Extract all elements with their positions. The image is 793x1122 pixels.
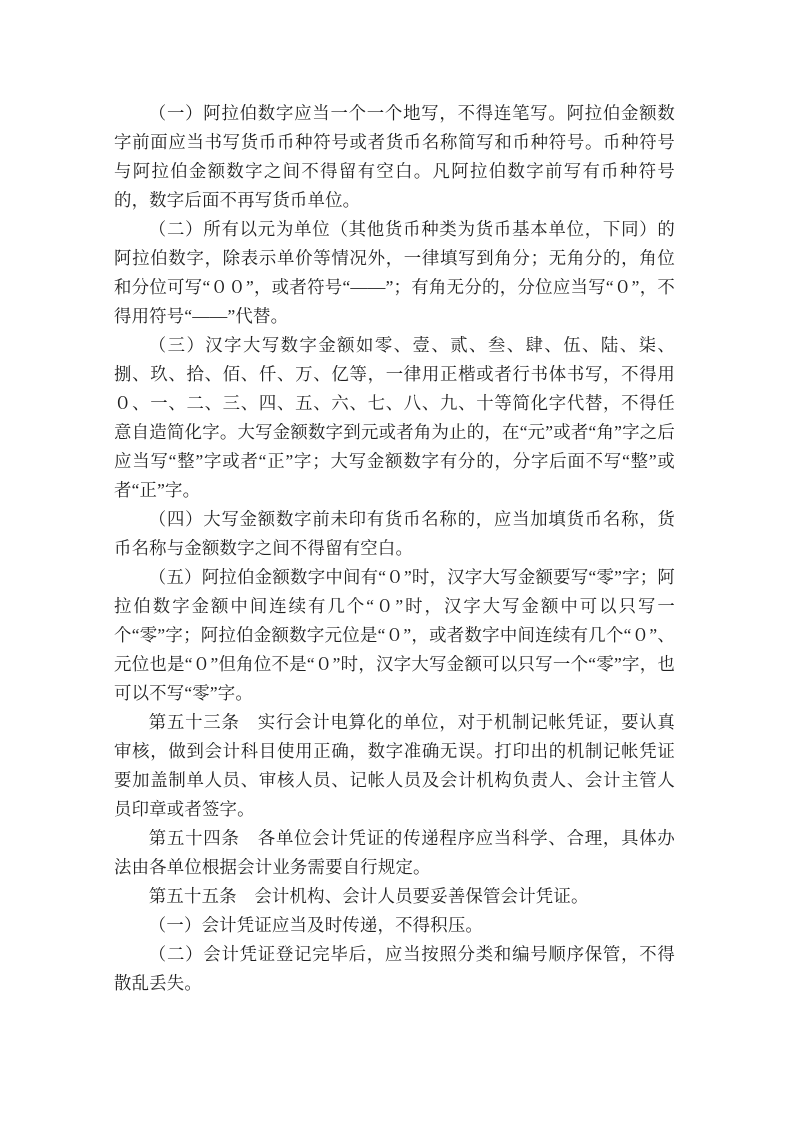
paragraph-clause-5: （五）阿拉伯金额数字中间有“０”时，汉字大写金额要写“零”字；阿拉伯数字金额中间… [114, 563, 675, 708]
document-page: （一）阿拉伯数字应当一个一个地写，不得连笔写。阿拉伯金额数字前面应当书写货币币种… [0, 0, 793, 1122]
paragraph-clause-3: （三）汉字大写数字金额如零、壹、贰、叁、肆、伍、陆、柒、捌、玖、拾、佰、仟、万、… [114, 331, 675, 505]
paragraph-article-54: 第五十四条 各单位会计凭证的传递程序应当科学、合理，具体办法由各单位根据会计业务… [114, 824, 675, 882]
document-body: （一）阿拉伯数字应当一个一个地写，不得连笔写。阿拉伯金额数字前面应当书写货币币种… [114, 99, 675, 998]
paragraph-clause-4: （四）大写金额数字前未印有货币名称的，应当加填货币名称，货币名称与金额数字之间不… [114, 505, 675, 563]
paragraph-article-53: 第五十三条 实行会计电算化的单位，对于机制记帐凭证，要认真审核，做到会计科目使用… [114, 708, 675, 824]
paragraph-item-1: （一）会计凭证应当及时传递，不得积压。 [114, 911, 675, 940]
paragraph-clause-2: （二）所有以元为单位（其他货币种类为货币基本单位，下同）的阿拉伯数字，除表示单价… [114, 215, 675, 331]
paragraph-clause-1: （一）阿拉伯数字应当一个一个地写，不得连笔写。阿拉伯金额数字前面应当书写货币币种… [114, 99, 675, 215]
paragraph-article-55: 第五十五条 会计机构、会计人员要妥善保管会计凭证。 [114, 882, 675, 911]
paragraph-item-2: （二）会计凭证登记完毕后，应当按照分类和编号顺序保管，不得散乱丢失。 [114, 940, 675, 998]
